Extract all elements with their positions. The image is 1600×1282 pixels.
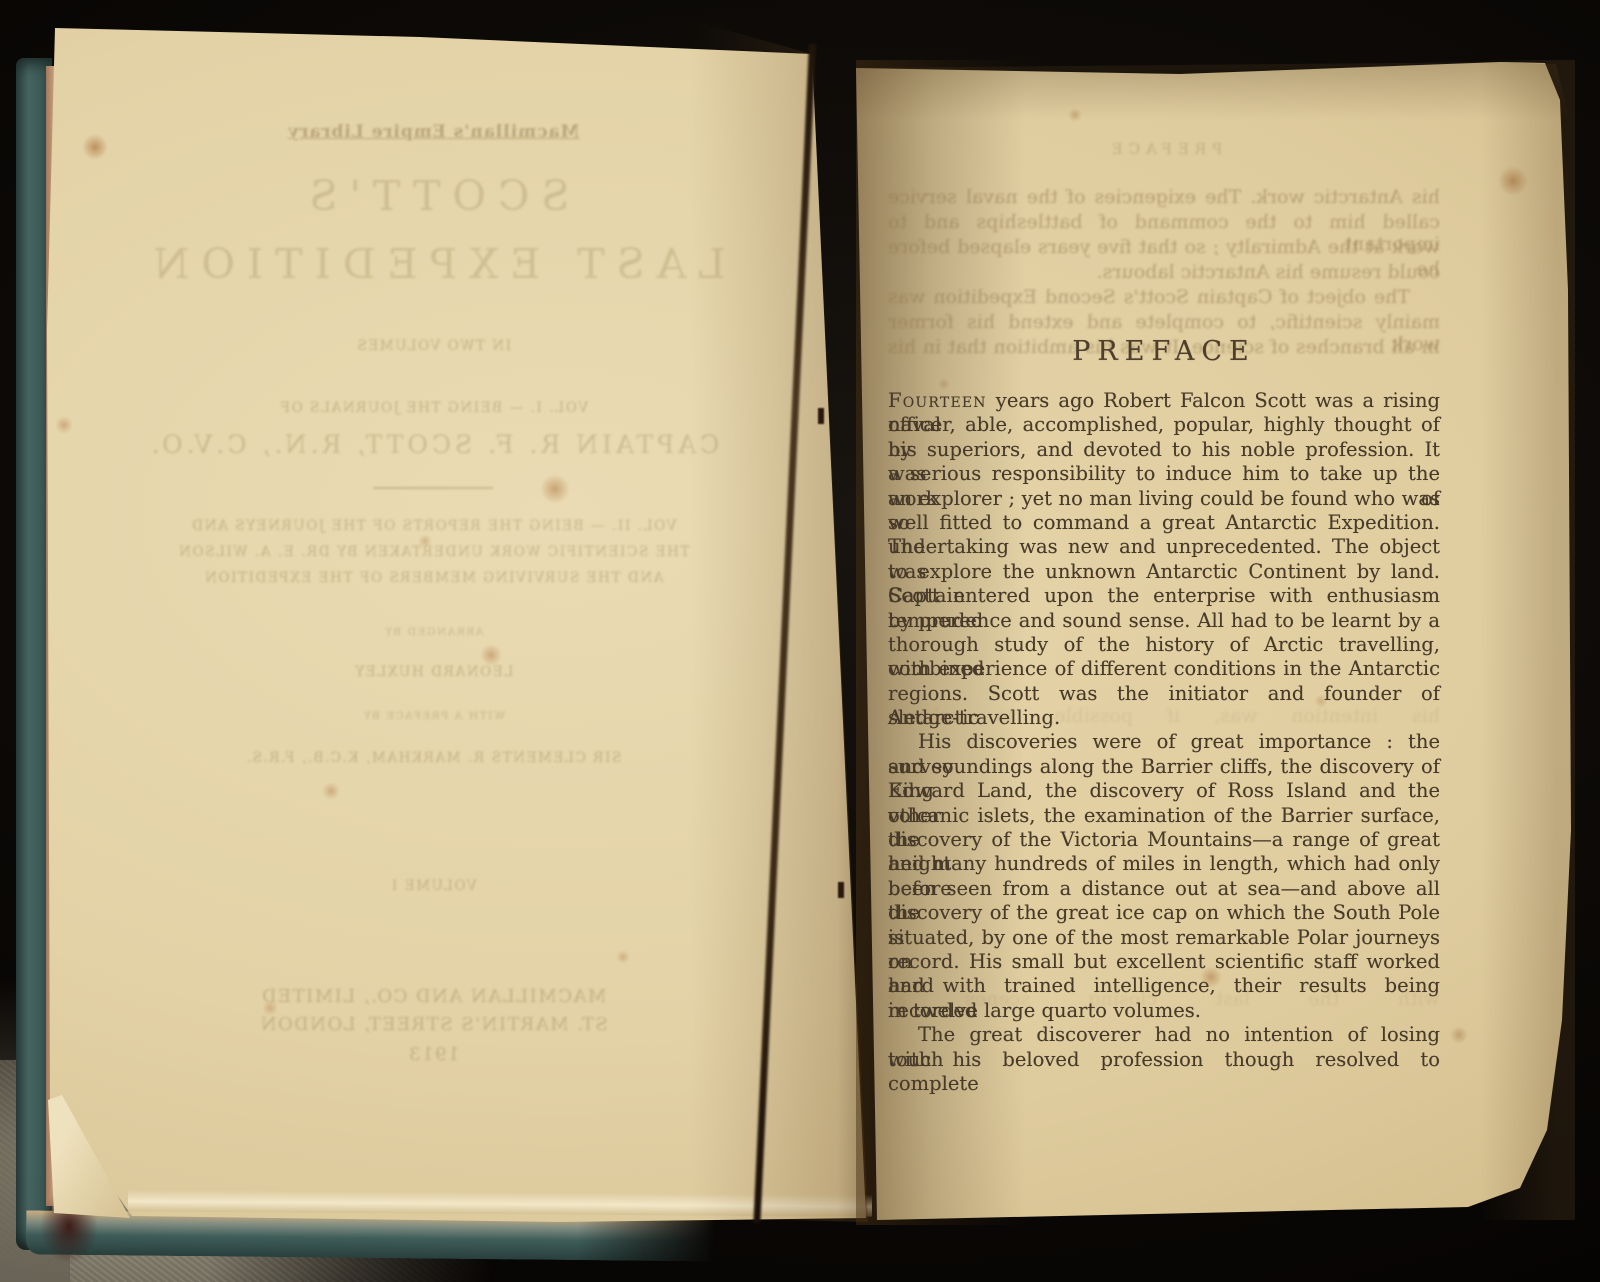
preface-line: Fourteen years ago Robert Falcon Scott w…	[888, 389, 1440, 413]
preface-line: with experience of different conditions …	[888, 657, 1440, 681]
preface-line: been seen from a distance out at sea—and…	[888, 877, 1440, 901]
preface-line: well fitted to command a great Antarctic…	[888, 511, 1440, 535]
preface-line: situated, by one of the most remarkable …	[888, 926, 1440, 950]
preface-line: with his beloved profession though resol…	[888, 1048, 1440, 1072]
preface-line: volcanic islets, the examination of the …	[888, 804, 1440, 828]
preface-line: by prudence and sound sense. All had to …	[888, 609, 1440, 633]
preface-line: a serious responsibility to induce him t…	[888, 462, 1440, 486]
preface-line: his superiors, and devoted to his noble …	[888, 438, 1440, 462]
preface-line: Edward Land, the discovery of Ross Islan…	[888, 779, 1440, 803]
preface-line: The great discoverer had no intention of…	[888, 1023, 1440, 1047]
preface-line: thorough study of the history of Arctic …	[888, 633, 1440, 657]
small-caps-lead-word: Fourteen	[888, 389, 987, 412]
preface-line: His discoveries were of great importance…	[888, 730, 1440, 754]
preface-line: discovery of the Victoria Mountains—a ra…	[888, 828, 1440, 852]
preface-heading: PREFACE	[888, 336, 1440, 367]
right-page-top-shadow	[856, 60, 1570, 120]
preface-line: discovery of the great ice cap on which …	[888, 901, 1440, 925]
preface-line: an explorer ; yet no man living could be…	[888, 487, 1440, 511]
preface-line: Scott entered upon the enterprise with e…	[888, 584, 1440, 608]
preface-line: undertaking was new and unprecedented. T…	[888, 535, 1440, 559]
right-page-edge-shadow	[1480, 60, 1575, 1220]
preface-line: and soundings along the Barrier cliffs, …	[888, 755, 1440, 779]
preface-line: sledge-travelling.	[888, 706, 1440, 730]
preface-line: record. His small but excellent scientif…	[888, 950, 1440, 974]
preface-line: to explore the unknown Antarctic Contine…	[888, 560, 1440, 584]
book-photograph: Macmillan's Empire LibrarySCOTT'SLAST EX…	[0, 0, 1600, 1282]
preface-line: officer, able, accomplished, popular, hi…	[888, 413, 1440, 437]
preface-line: and with trained intelligence, their res…	[888, 974, 1440, 998]
preface-line: regions. Scott was the initiator and fou…	[888, 682, 1440, 706]
preface-line: and many hundreds of miles in length, wh…	[888, 852, 1440, 876]
preface-body: Fourteen years ago Robert Falcon Scott w…	[888, 389, 1440, 1072]
preface-line: in twelve large quarto volumes.	[888, 999, 1440, 1023]
seam-nick	[838, 882, 844, 898]
seam-nick	[818, 408, 824, 424]
